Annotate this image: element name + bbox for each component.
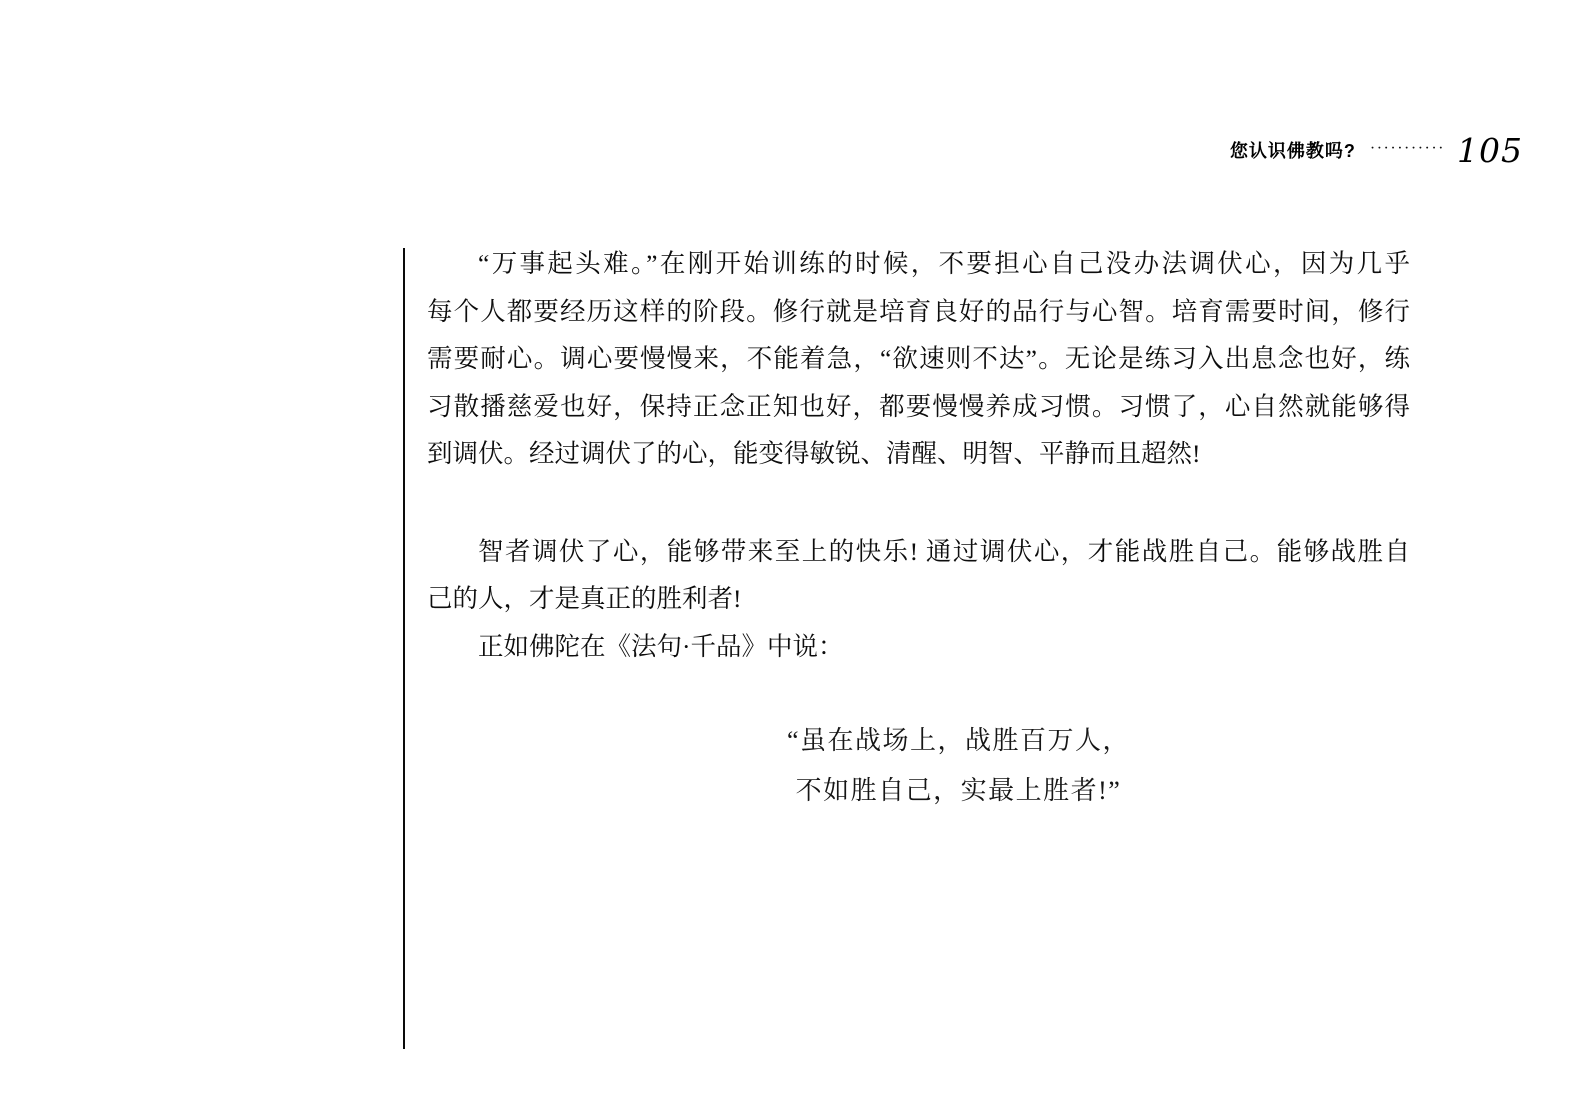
paragraph-line: 己的人，才是真正的胜利者!: [427, 575, 1410, 623]
paragraph-line: “万事起头难。”在刚开始训练的时候，不要担心自己没办法调伏心，因为几乎: [427, 240, 1410, 288]
book-page: 您认识佛教吗? ··········· 105 “万事起头难。”在刚开始训练的时…: [0, 0, 1587, 1119]
verse: “虽在战场上，战胜百万人，不如胜自己，实最上胜者!”: [427, 716, 1410, 816]
paragraph-line: 每个人都要经历这样的阶段。修行就是培育良好的品行与心智。培育需要时间，修行: [427, 288, 1410, 336]
verse-line: 不如胜自己，实最上胜者!”: [507, 766, 1410, 816]
chapter-title: 您认识佛教吗?: [1230, 137, 1356, 163]
paragraph-line: 智者调伏了心，能够带来至上的快乐! 通过调伏心，才能战胜自己。能够战胜自: [427, 528, 1410, 576]
paragraph: 正如佛陀在《法句·千品》中说：: [427, 623, 1410, 671]
body-text: “万事起头难。”在刚开始训练的时候，不要担心自己没办法调伏心，因为几乎每个人都要…: [427, 240, 1410, 670]
paragraph-line: 正如佛陀在《法句·千品》中说：: [427, 623, 1410, 671]
vertical-rule: [403, 248, 405, 1049]
page-number: 105: [1457, 131, 1523, 170]
verse-line: “虽在战场上，战胜百万人，: [507, 716, 1410, 766]
paragraph-line: 习散播慈爱也好，保持正念正知也好，都要慢慢养成习惯。习惯了，心自然就能够得: [427, 383, 1410, 431]
dot-leader: ···········: [1370, 140, 1445, 158]
paragraph-line: 到调伏。经过调伏了的心，能变得敏锐、清醒、明智、平静而且超然!: [427, 430, 1410, 478]
paragraph: 智者调伏了心，能够带来至上的快乐! 通过调伏心，才能战胜自己。能够战胜自己的人，…: [427, 528, 1410, 623]
paragraph: “万事起头难。”在刚开始训练的时候，不要担心自己没办法调伏心，因为几乎每个人都要…: [427, 240, 1410, 478]
page-header: 您认识佛教吗? ··········· 105: [1230, 130, 1523, 170]
paragraph-line: 需要耐心。调心要慢慢来，不能着急，“欲速则不达”。无论是练习入出息念也好，练: [427, 335, 1410, 383]
